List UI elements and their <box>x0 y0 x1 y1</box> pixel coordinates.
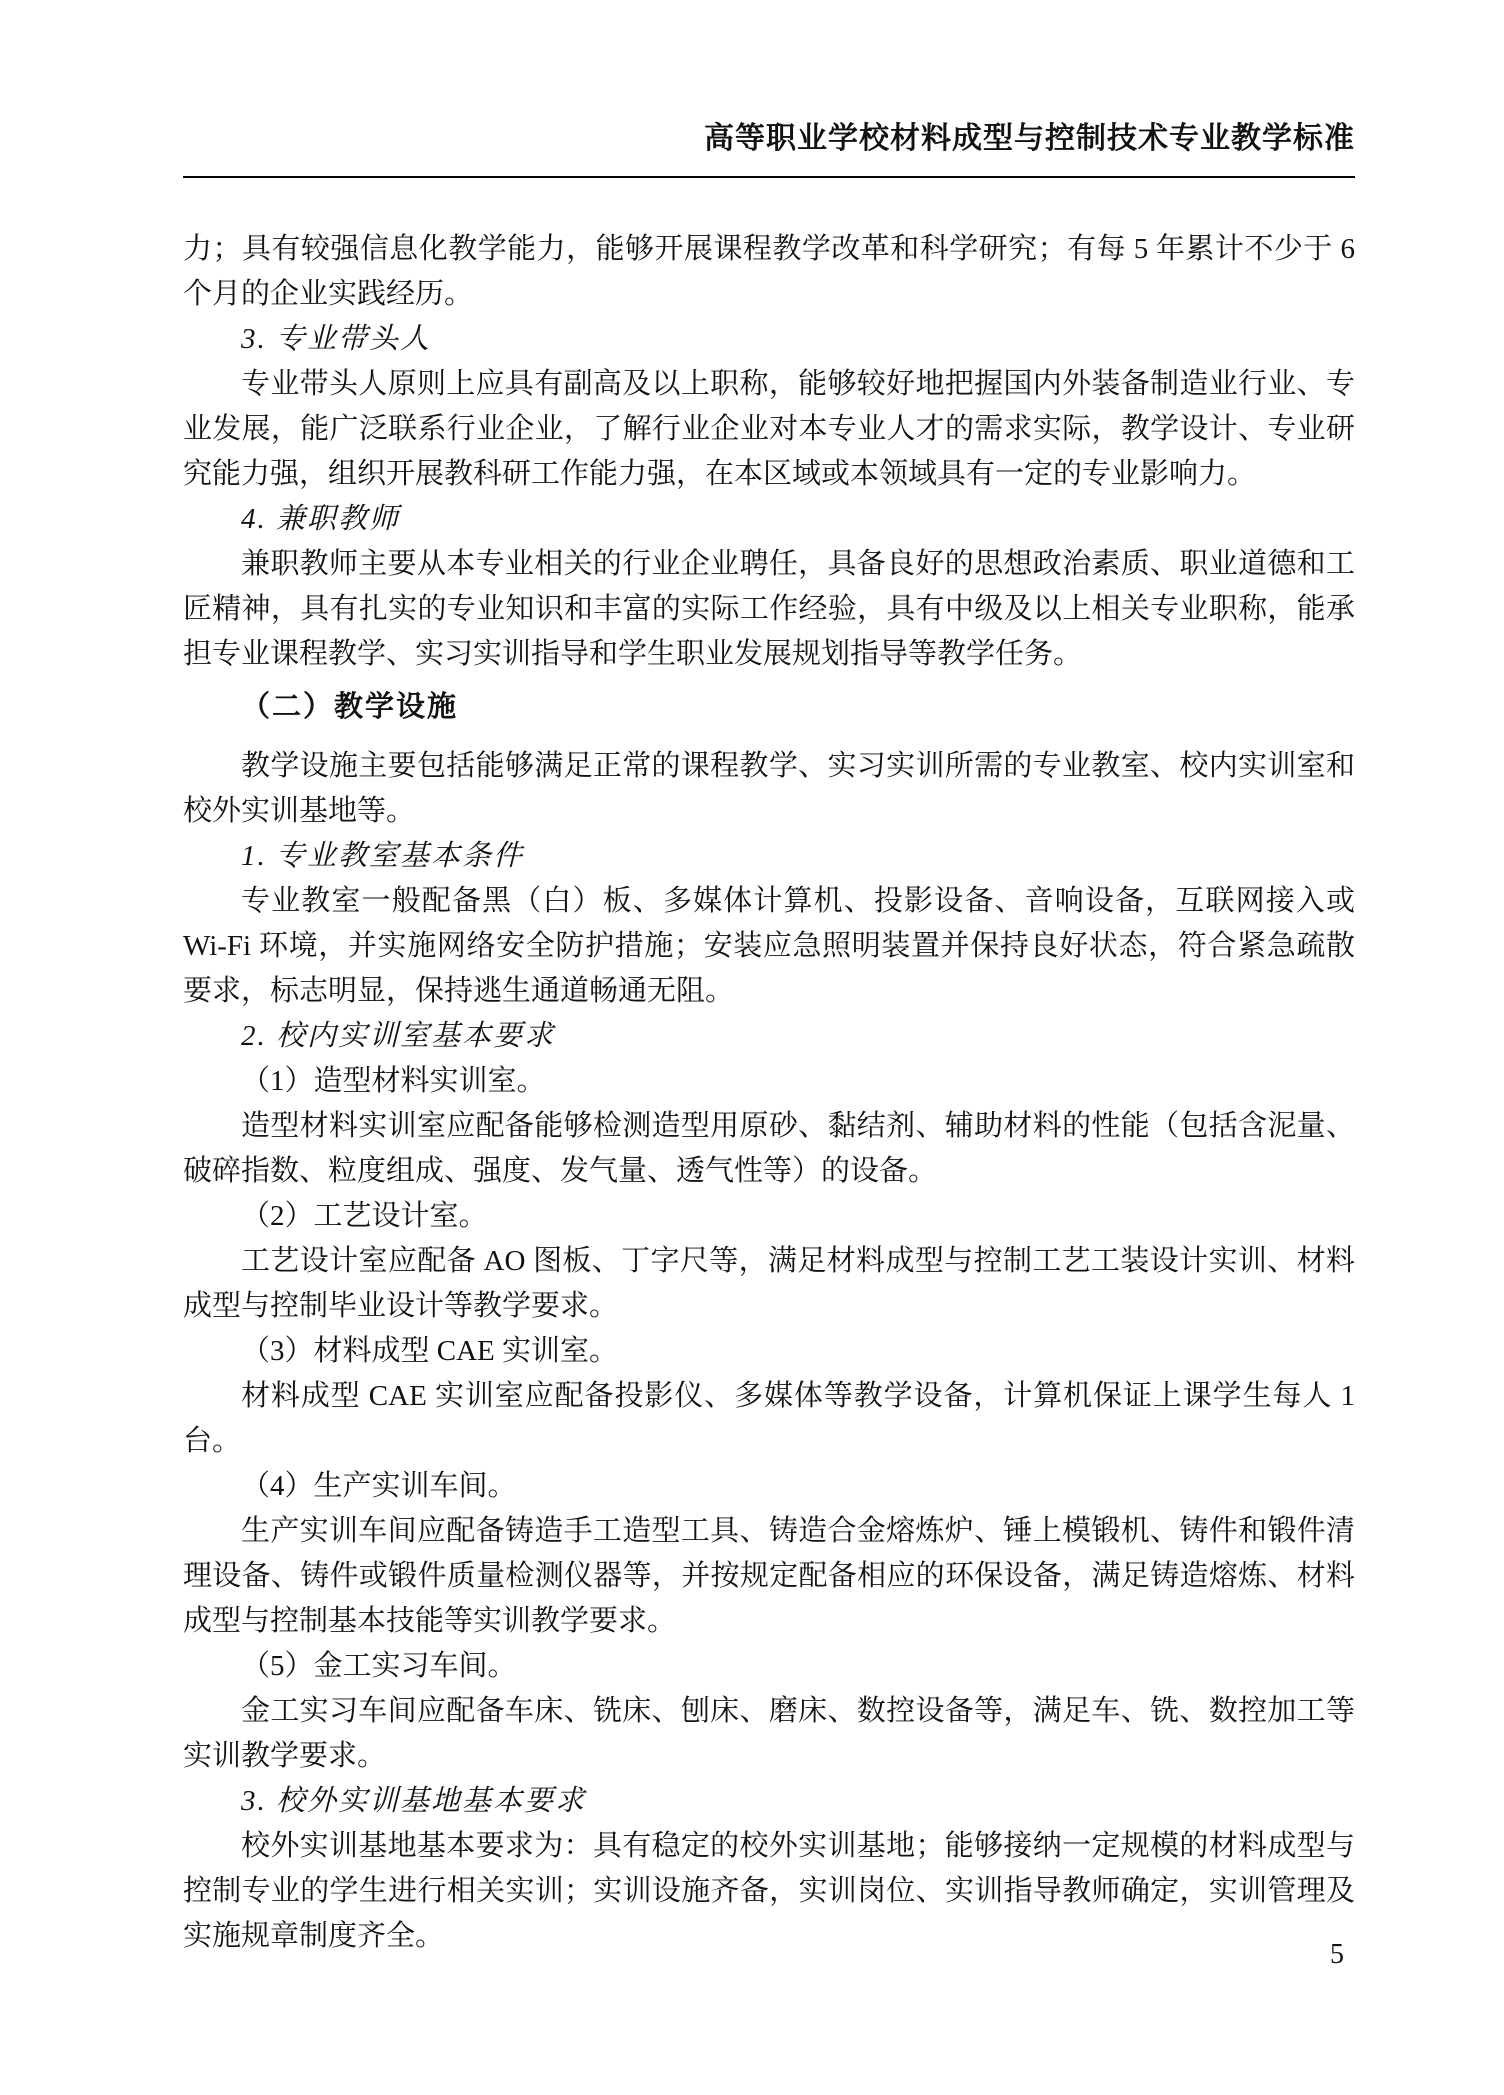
para-major-leader: 专业带头人原则上应具有副高及以上职称，能够较好地把握国内外装备制造业行业、专业发… <box>183 362 1355 497</box>
para-continuation-teacher-ability: 力；具有较强信息化教学能力，能够开展课程教学改革和科学研究；有每 5 年累计不少… <box>183 227 1355 317</box>
page-header-title: 高等职业学校材料成型与控制技术专业教学标准 <box>183 122 1355 156</box>
para-molding-material-training-room-detail: 造型材料实训室应配备能够检测造型用原砂、黏结剂、辅助材料的性能（包括含泥量、破碎… <box>183 1104 1355 1194</box>
para-item-3-cae-training-room: （3）材料成型 CAE 实训室。 <box>183 1329 1355 1374</box>
heading-1-classroom-basic-conditions: 1. 专业教室基本条件 <box>183 834 1355 879</box>
heading-3-major-leader: 3. 专业带头人 <box>183 317 1355 362</box>
heading-4-part-time-teacher: 4. 兼职教师 <box>183 497 1355 542</box>
document-page: 高等职业学校材料成型与控制技术专业教学标准 力；具有较强信息化教学能力，能够开展… <box>0 0 1504 2095</box>
para-classroom-basic-conditions: 专业教室一般配备黑（白）板、多媒体计算机、投影设备、音响设备，互联网接入或 Wi… <box>183 879 1355 1014</box>
para-off-campus-training-base: 校外实训基地基本要求为：具有稳定的校外实训基地；能够接纳一定规模的材料成型与控制… <box>183 1824 1355 1959</box>
para-item-1-molding-material-training-room: （1）造型材料实训室。 <box>183 1059 1355 1104</box>
header-divider-line <box>183 176 1355 178</box>
para-item-2-process-design-room: （2）工艺设计室。 <box>183 1194 1355 1239</box>
heading-section-2-teaching-facilities: （二）教学设施 <box>183 685 1355 730</box>
para-metalworking-workshop-detail: 金工实习车间应配备车床、铣床、刨床、磨床、数控设备等，满足车、铣、数控加工等实训… <box>183 1689 1355 1779</box>
heading-2-campus-training-room-requirements: 2. 校内实训室基本要求 <box>183 1014 1355 1059</box>
para-item-4-production-workshop: （4）生产实训车间。 <box>183 1464 1355 1509</box>
para-item-5-metalworking-workshop: （5）金工实习车间。 <box>183 1644 1355 1689</box>
heading-3-off-campus-training-base: 3. 校外实训基地基本要求 <box>183 1779 1355 1824</box>
para-cae-training-room-detail: 材料成型 CAE 实训室应配备投影仪、多媒体等教学设备，计算机保证上课学生每人 … <box>183 1374 1355 1464</box>
page-number: 5 <box>1330 1938 1344 1972</box>
para-production-workshop-detail: 生产实训车间应配备铸造手工造型工具、铸造合金熔炼炉、锤上模锻机、铸件和锻件清理设… <box>183 1509 1355 1644</box>
para-process-design-room-detail: 工艺设计室应配备 AO 图板、丁字尺等，满足材料成型与控制工艺工装设计实训、材料… <box>183 1239 1355 1329</box>
para-part-time-teacher: 兼职教师主要从本专业相关的行业企业聘任，具备良好的思想政治素质、职业道德和工匠精… <box>183 542 1355 677</box>
document-body: 力；具有较强信息化教学能力，能够开展课程教学改革和科学研究；有每 5 年累计不少… <box>183 227 1355 1959</box>
para-teaching-facilities-overview: 教学设施主要包括能够满足正常的课程教学、实习实训所需的专业教室、校内实训室和校外… <box>183 744 1355 834</box>
